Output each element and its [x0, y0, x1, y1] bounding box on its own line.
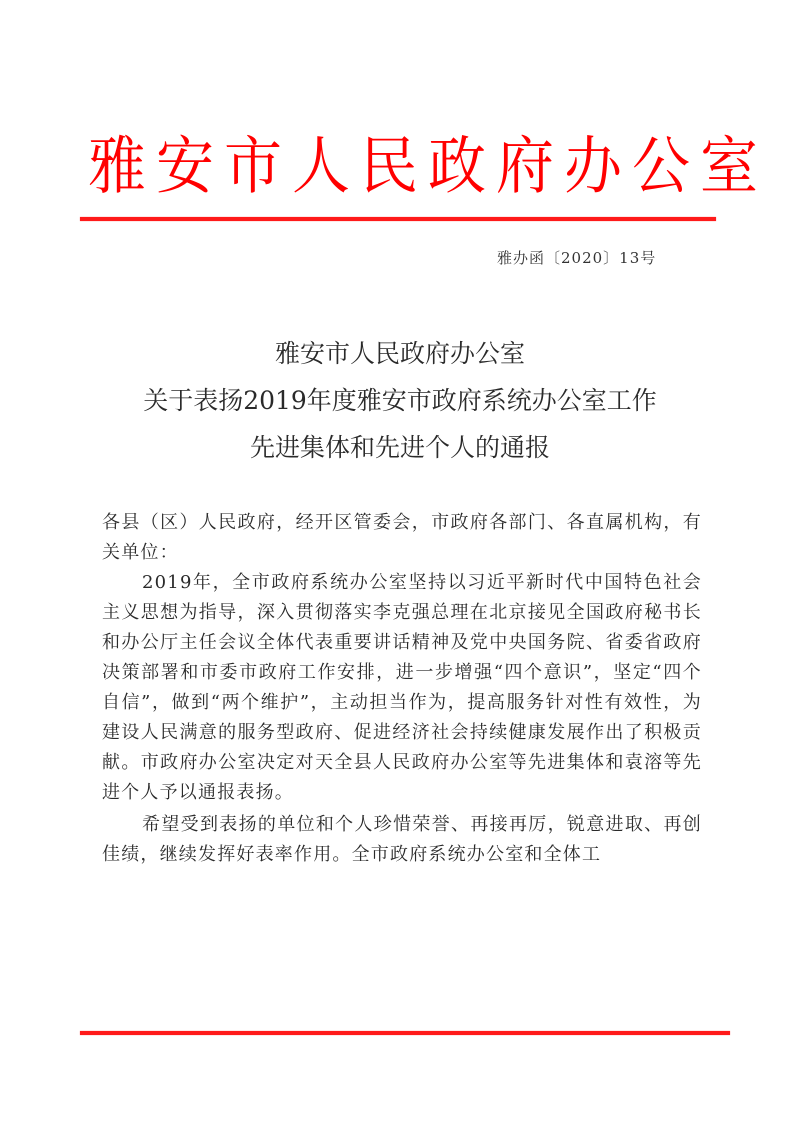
masthead-red-rule [80, 217, 716, 221]
title-line-2: 关于表扬2019年度雅安市政府系统办公室工作 [80, 377, 720, 424]
document-body: 各县（区）人民政府，经开区管委会，市政府各部门、各直属机构，有关单位： 2019… [102, 508, 702, 870]
document-page: 雅安市人民政府办公室 雅办函〔2020〕13号 雅安市人民政府办公室 关于表扬2… [0, 0, 800, 1130]
salutation: 各县（区）人民政府，经开区管委会，市政府各部门、各直属机构，有关单位： [102, 508, 702, 568]
masthead-title: 雅安市人民政府办公室 [88, 124, 708, 208]
footer-red-rule [80, 1031, 730, 1035]
body-paragraph: 希望受到表扬的单位和个人珍惜荣誉、再接再厉，锐意进取、再创佳绩，继续发挥好表率作… [102, 810, 702, 870]
document-number: 雅办函〔2020〕13号 [497, 247, 697, 268]
title-line-1: 雅安市人民政府办公室 [80, 330, 720, 377]
body-paragraph: 2019年，全市政府系统办公室坚持以习近平新时代中国特色社会主义思想为指导，深入… [102, 568, 702, 808]
document-title: 雅安市人民政府办公室 关于表扬2019年度雅安市政府系统办公室工作 先进集体和先… [80, 330, 720, 471]
title-line-3: 先进集体和先进个人的通报 [80, 424, 720, 471]
